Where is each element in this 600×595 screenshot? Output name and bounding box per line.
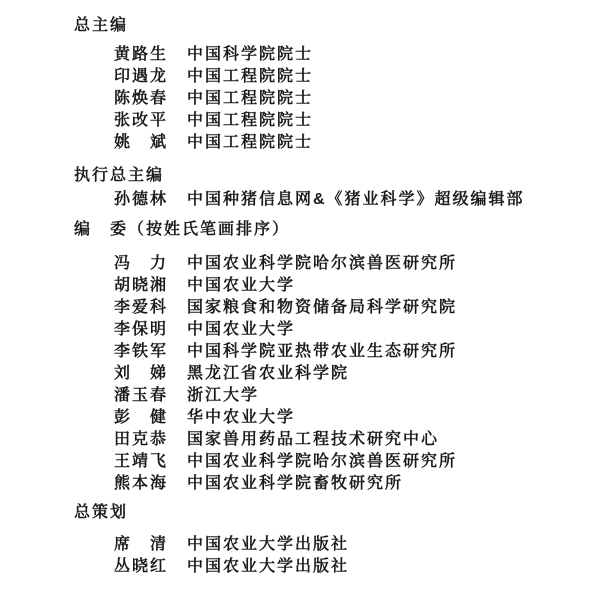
section-heading-executive-chief-editor: 执行总主编 (74, 165, 582, 187)
section-heading-chief-editors: 总主编 (74, 15, 582, 37)
member-name: 李爱科 (114, 297, 187, 319)
member-affiliation: 中国农业大学 (187, 319, 295, 341)
member-name: 冯 力 (114, 253, 187, 275)
member-name: 孙德林 (114, 189, 187, 211)
member-affiliation: 中国工程院院士 (187, 88, 313, 110)
member-name: 丛晓红 (114, 556, 187, 578)
member-row: 胡晓湘 中国农业大学 (114, 275, 582, 297)
member-row: 熊本海 中国农业科学院畜牧研究所 (114, 473, 582, 495)
member-name: 李保明 (114, 319, 187, 341)
member-name: 王靖飞 (114, 451, 187, 473)
member-row: 李铁军 中国科学院亚热带农业生态研究所 (114, 341, 582, 363)
member-row: 冯 力 中国农业科学院哈尔滨兽医研究所 (114, 253, 582, 275)
member-row: 陈焕春 中国工程院院士 (114, 88, 582, 110)
section-executive-chief-editor: 执行总主编 孙德林 中国种猪信息网&《猪业科学》超级编辑部 (74, 165, 582, 211)
member-row: 田克恭 国家兽用药品工程技术研究中心 (114, 429, 582, 451)
member-affiliation: 黑龙江省农业科学院 (187, 363, 349, 385)
member-row: 王靖飞 中国农业科学院哈尔滨兽医研究所 (114, 451, 582, 473)
section-heading-editorial-committee: 编 委（按姓氏笔画排序） (74, 219, 582, 241)
member-affiliation: 浙江大学 (187, 385, 259, 407)
member-name: 胡晓湘 (114, 275, 187, 297)
section-chief-editors: 总主编 黄路生 中国科学院院士 印遇龙 中国工程院院士 陈焕春 中国工程院院士 … (74, 15, 582, 154)
member-name: 彭 健 (114, 407, 187, 429)
member-name: 张改平 (114, 110, 187, 132)
heading-text: 编 委 (74, 221, 128, 238)
member-affiliation: 国家兽用药品工程技术研究中心 (187, 429, 439, 451)
member-row: 刘 娣 黑龙江省农业科学院 (114, 363, 582, 385)
member-row: 彭 健 华中农业大学 (114, 407, 582, 429)
member-affiliation: 中国种猪信息网&《猪业科学》超级编辑部 (187, 189, 525, 211)
member-affiliation: 中国农业科学院哈尔滨兽医研究所 (187, 253, 457, 275)
member-affiliation: 中国工程院院士 (187, 110, 313, 132)
member-row: 黄路生 中国科学院院士 (114, 44, 582, 66)
member-row: 孙德林 中国种猪信息网&《猪业科学》超级编辑部 (114, 189, 582, 211)
member-name: 田克恭 (114, 429, 187, 451)
member-name: 熊本海 (114, 473, 187, 495)
editorial-board-page: 总主编 黄路生 中国科学院院士 印遇龙 中国工程院院士 陈焕春 中国工程院院士 … (0, 0, 600, 595)
member-affiliation: 中国科学院院士 (187, 44, 313, 66)
member-name: 陈焕春 (114, 88, 187, 110)
member-affiliation: 中国农业科学院畜牧研究所 (187, 473, 403, 495)
member-affiliation: 中国工程院院士 (187, 132, 313, 154)
member-row: 潘玉春 浙江大学 (114, 385, 582, 407)
member-affiliation: 中国工程院院士 (187, 66, 313, 88)
member-affiliation: 中国农业大学出版社 (187, 556, 349, 578)
member-name: 李铁军 (114, 341, 187, 363)
member-name: 黄路生 (114, 44, 187, 66)
heading-note: （按姓氏笔画排序） (128, 221, 290, 238)
member-row: 张改平 中国工程院院士 (114, 110, 582, 132)
member-row: 姚 斌 中国工程院院士 (114, 132, 582, 154)
member-affiliation: 中国农业科学院哈尔滨兽医研究所 (187, 451, 457, 473)
member-affiliation: 中国农业大学 (187, 275, 295, 297)
member-affiliation: 华中农业大学 (187, 407, 295, 429)
member-row: 李保明 中国农业大学 (114, 319, 582, 341)
member-row: 丛晓红 中国农业大学出版社 (114, 556, 582, 578)
section-heading-chief-planners: 总策划 (74, 502, 582, 524)
member-affiliation: 中国农业大学出版社 (187, 534, 349, 556)
member-row: 印遇龙 中国工程院院士 (114, 66, 582, 88)
member-row: 席 清 中国农业大学出版社 (114, 534, 582, 556)
member-name: 席 清 (114, 534, 187, 556)
member-name: 姚 斌 (114, 132, 187, 154)
member-name: 潘玉春 (114, 385, 187, 407)
section-editorial-committee: 编 委（按姓氏笔画排序） 冯 力 中国农业科学院哈尔滨兽医研究所 胡晓湘 中国农… (74, 219, 582, 495)
member-row: 李爱科 国家粮食和物资储备局科学研究院 (114, 297, 582, 319)
member-affiliation: 国家粮食和物资储备局科学研究院 (187, 297, 457, 319)
member-affiliation: 中国科学院亚热带农业生态研究所 (187, 341, 457, 363)
section-chief-planners: 总策划 席 清 中国农业大学出版社 丛晓红 中国农业大学出版社 (74, 502, 582, 578)
member-name: 刘 娣 (114, 363, 187, 385)
member-name: 印遇龙 (114, 66, 187, 88)
